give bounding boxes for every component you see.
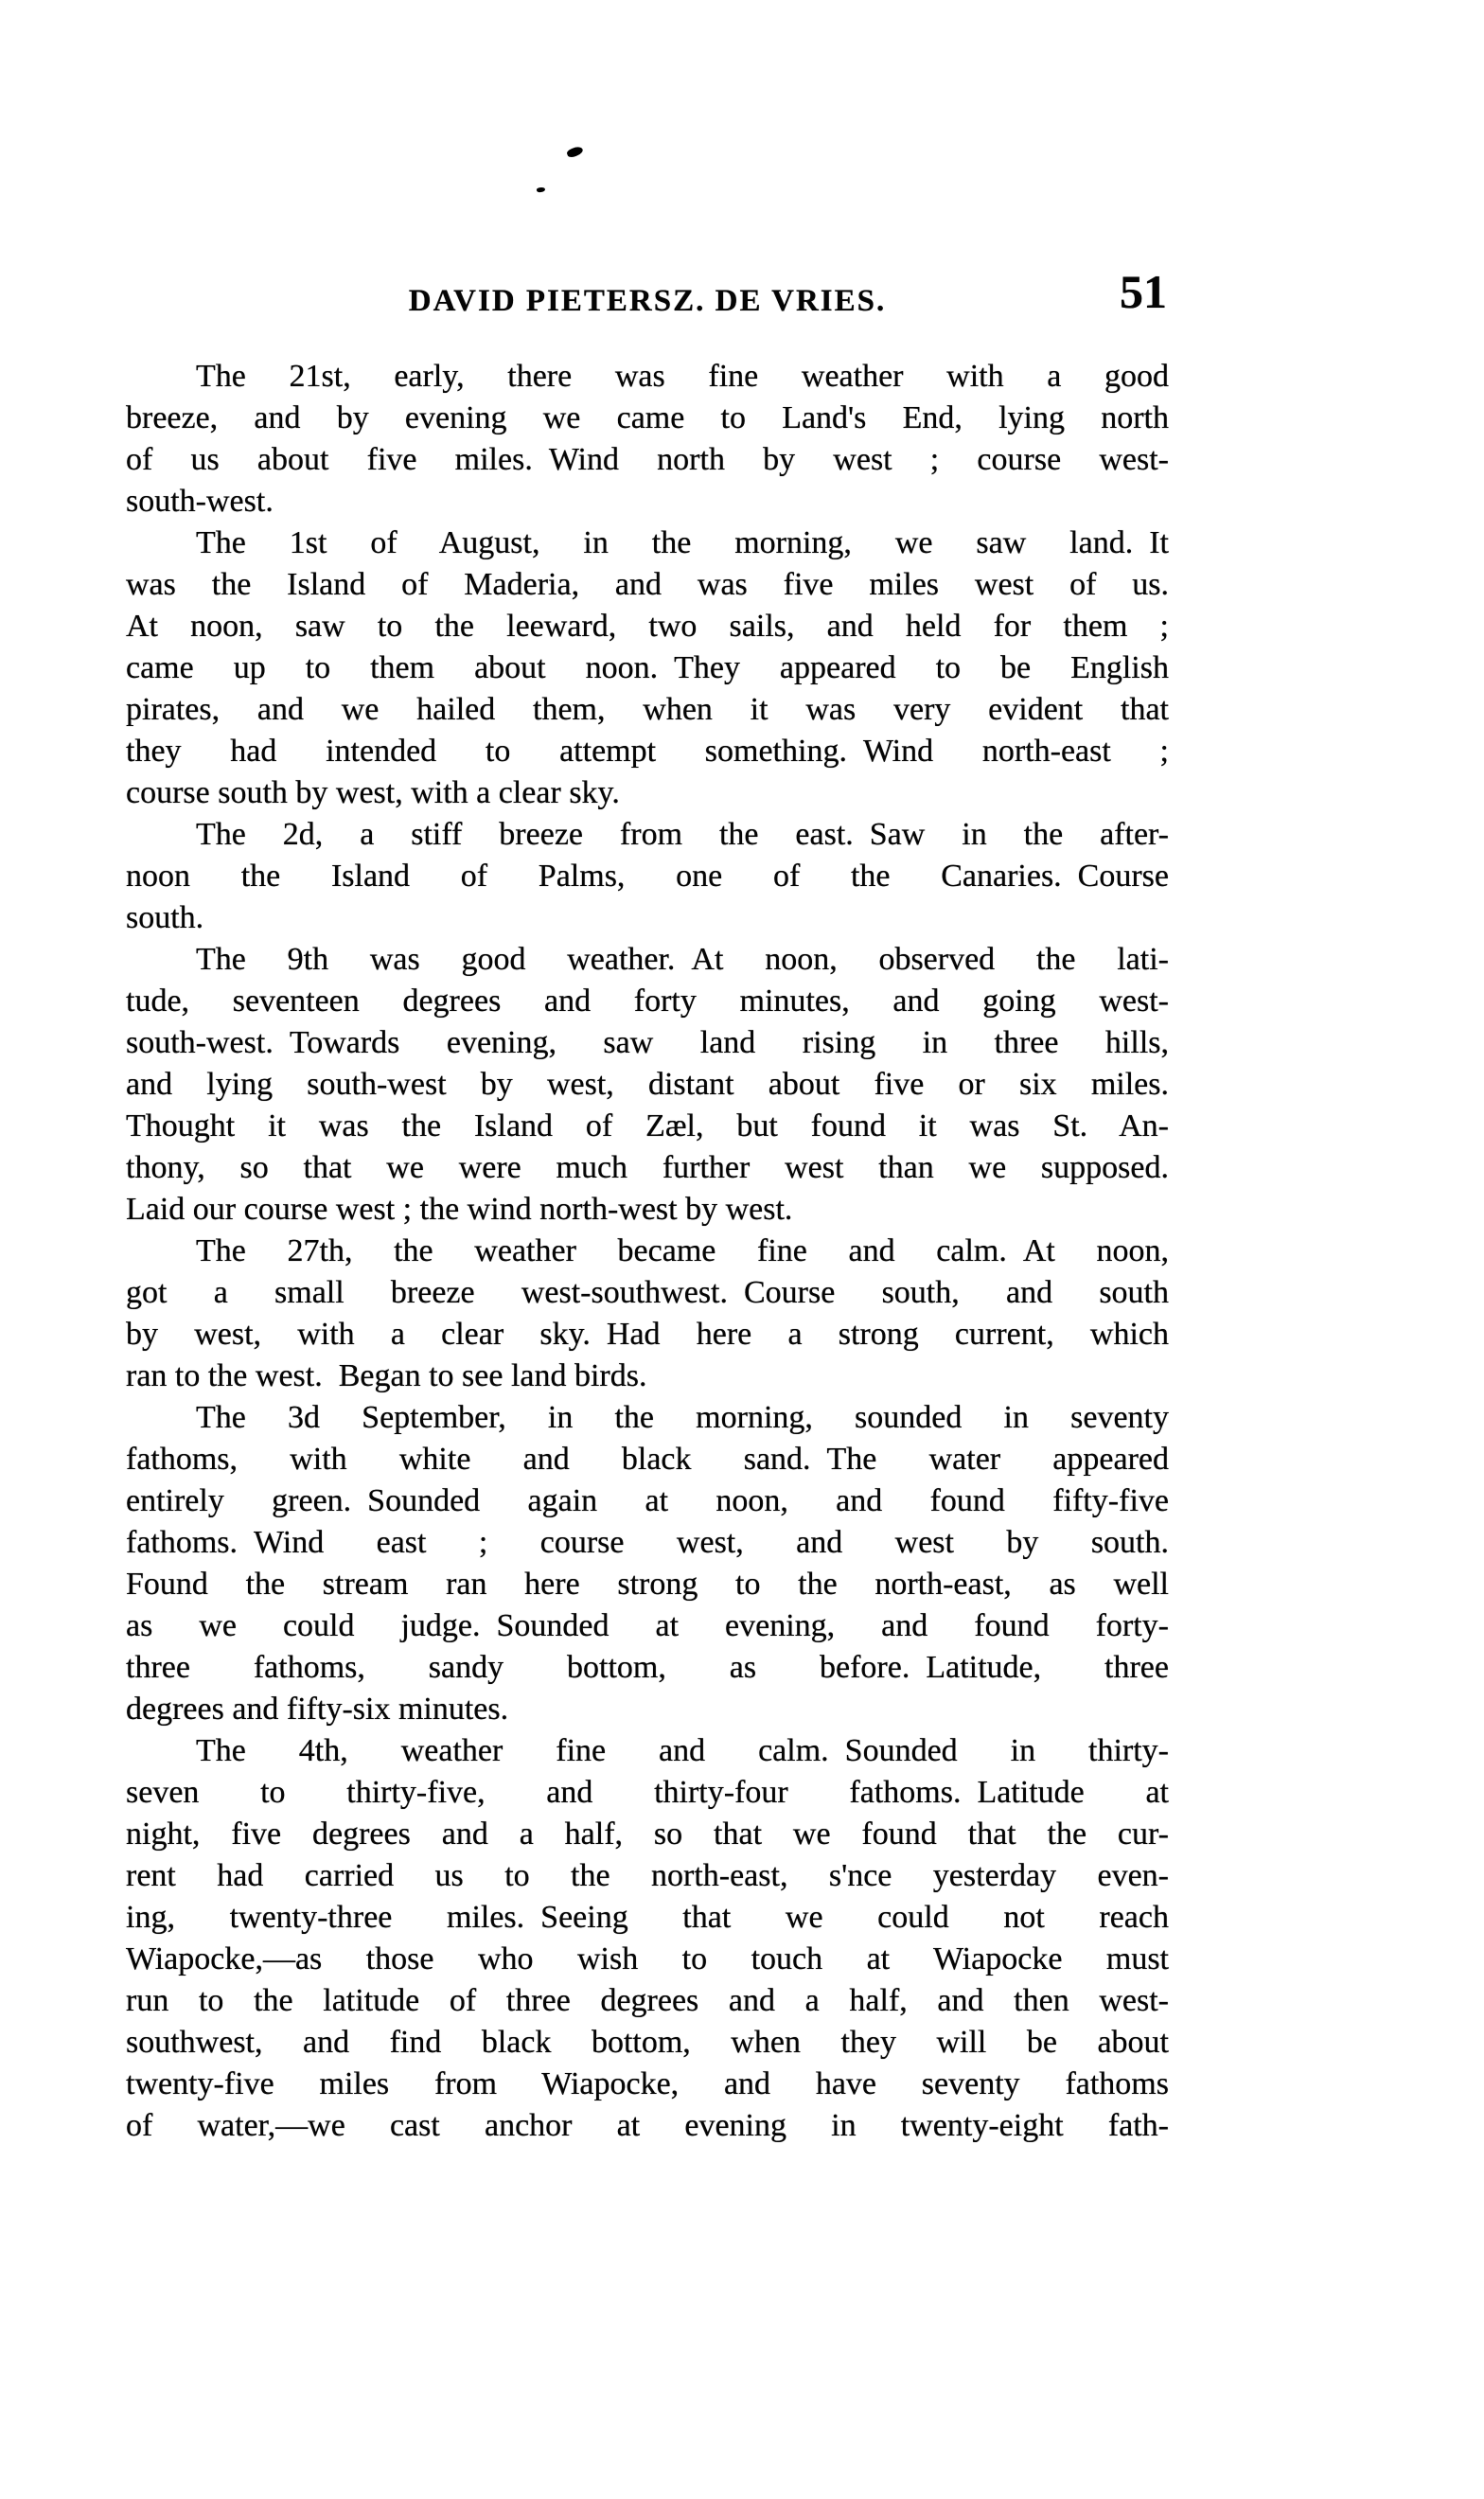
- text-line: entirely green. Sounded again at noon, a…: [126, 1480, 1169, 1522]
- text-line: they had intended to attempt something. …: [126, 731, 1169, 772]
- text-line: The 2d, a stiff breeze from the east. Sa…: [126, 814, 1169, 856]
- text-line: thony, so that we were much further west…: [126, 1147, 1169, 1189]
- text-line: south-west. Towards evening, saw land ri…: [126, 1022, 1169, 1064]
- text-line: three fathoms, sandy bottom, as before. …: [126, 1647, 1169, 1689]
- text-line: Wiapocke,—as those who wish to touch at …: [126, 1939, 1169, 1980]
- text-line: got a small breeze west-southwest. Cours…: [126, 1272, 1169, 1314]
- running-header: DAVID PIETERSZ. DE VRIES. 51: [126, 276, 1169, 322]
- text-line: Found the stream ran here strong to the …: [126, 1564, 1169, 1605]
- ink-speck-icon: [566, 145, 584, 159]
- text-line: seven to thirty-five, and thirty-four fa…: [126, 1772, 1169, 1814]
- text-line: fathoms. Wind east ; course west, and we…: [126, 1522, 1169, 1564]
- text-line: ing, twenty-three miles. Seeing that we …: [126, 1897, 1169, 1939]
- page-number: 51: [1120, 269, 1167, 314]
- text-line: fathoms, with white and black sand. The …: [126, 1439, 1169, 1480]
- body-text: The 21st, early, there was fine weather …: [126, 356, 1169, 2147]
- text-line: and lying south-west by west, distant ab…: [126, 1064, 1169, 1106]
- text-line: was the Island of Maderia, and was five …: [126, 564, 1169, 606]
- text-line: by west, with a clear sky. Had here a st…: [126, 1314, 1169, 1356]
- text-line: noon the Island of Palms, one of the Can…: [126, 856, 1169, 897]
- text-line: Laid our course west ; the wind north-we…: [126, 1189, 1169, 1231]
- text-line: came up to them about noon. They appeare…: [126, 647, 1169, 689]
- text-line: The 9th was good weather. At noon, obser…: [126, 939, 1169, 981]
- text-line: of us about five miles. Wind north by we…: [126, 439, 1169, 481]
- text-line: degrees and fifty-six minutes.: [126, 1689, 1169, 1730]
- text-line: as we could judge. Sounded at evening, a…: [126, 1605, 1169, 1647]
- text-line: The 4th, weather fine and calm. Sounded …: [126, 1730, 1169, 1772]
- text-line: night, five degrees and a half, so that …: [126, 1814, 1169, 1855]
- text-line: twenty-five miles from Wiapocke, and hav…: [126, 2064, 1169, 2105]
- text-line: south.: [126, 897, 1169, 939]
- text-line: pirates, and we hailed them, when it was…: [126, 689, 1169, 731]
- text-line: rent had carried us to the north-east, s…: [126, 1855, 1169, 1897]
- text-line: The 1st of August, in the morning, we sa…: [126, 523, 1169, 564]
- text-line: course south by west, with a clear sky.: [126, 772, 1169, 814]
- text-line: ran to the west. Began to see land birds…: [126, 1356, 1169, 1397]
- page-title: DAVID PIETERSZ. DE VRIES.: [126, 284, 1169, 319]
- text-line: The 21st, early, there was fine weather …: [126, 356, 1169, 398]
- text-line: south-west.: [126, 481, 1169, 523]
- text-line: The 3d September, in the morning, sounde…: [126, 1397, 1169, 1439]
- text-line: At noon, saw to the leeward, two sails, …: [126, 606, 1169, 647]
- text-line: The 27th, the weather became fine and ca…: [126, 1231, 1169, 1272]
- ink-speck-icon: [537, 186, 546, 192]
- scanned-book-page: DAVID PIETERSZ. DE VRIES. 51 The 21st, e…: [0, 0, 1484, 2499]
- text-line: run to the latitude of three degrees and…: [126, 1980, 1169, 2022]
- text-line: Thought it was the Island of Zæl, but fo…: [126, 1106, 1169, 1147]
- text-line: southwest, and find black bottom, when t…: [126, 2022, 1169, 2064]
- text-line: tude, seventeen degrees and forty minute…: [126, 981, 1169, 1022]
- text-line: breeze, and by evening we came to Land's…: [126, 398, 1169, 439]
- text-line: of water,—we cast anchor at evening in t…: [126, 2105, 1169, 2147]
